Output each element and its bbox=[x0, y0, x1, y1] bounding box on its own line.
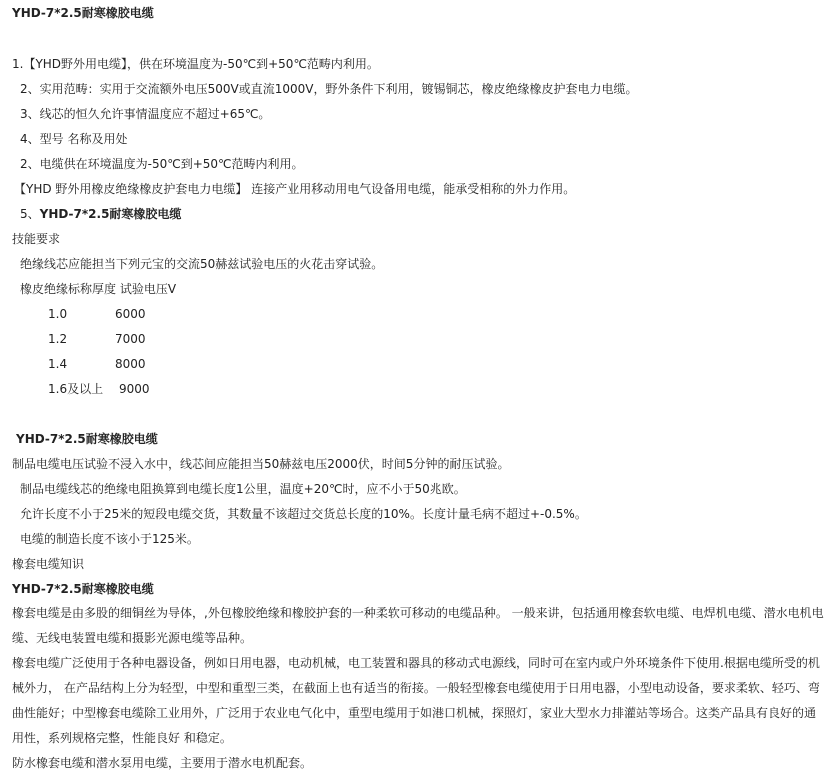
item-7-prefix: 5、 bbox=[20, 207, 40, 221]
item-line-6: 【YHD 野外用橡皮绝缘橡皮护套电力电缆】 连接产业用移动用电气设备用电缆，能承… bbox=[14, 181, 575, 197]
thickness-cell: 1.4 bbox=[48, 356, 67, 372]
voltage-table-header: 橡皮绝缘标称厚度 试验电压V bbox=[20, 281, 176, 297]
knowledge-paragraph-3: 防水橡套电缆和潜水泵用电缆，主要用于潜水电机配套。 bbox=[12, 751, 824, 776]
item-line-2: 2、实用范畴：实用于交流额外电压500V或直流1000V，野外条件下利用，镀锡铜… bbox=[20, 81, 638, 97]
voltage-cell: 6000 bbox=[115, 306, 146, 322]
section-2-line-2: 制品电缆线芯的绝缘电阻换算到电缆长度1公里，温度+20℃时，应不小于50兆欧。 bbox=[20, 481, 466, 497]
item-line-5: 2、电缆供在环境温度为-50℃到+50℃范畴内利用。 bbox=[20, 156, 304, 172]
knowledge-heading: 橡套电缆知识 bbox=[12, 556, 84, 572]
voltage-cell: 8000 bbox=[115, 356, 146, 372]
document-title: YHD-7*2.5耐寒橡胶电缆 bbox=[12, 5, 154, 21]
item-line-3: 3、线芯的恒久允许事情温度应不超过+65℃。 bbox=[20, 106, 270, 122]
voltage-cell: 7000 bbox=[115, 331, 146, 347]
thickness-cell: 1.2 bbox=[48, 331, 67, 347]
tech-requirements-heading: 技能要求 bbox=[12, 231, 60, 247]
item-line-7: 5、YHD-7*2.5耐寒橡胶电缆 bbox=[20, 206, 181, 222]
knowledge-paragraph-1: 橡套电缆是由多股的细铜丝为导体，,外包橡胶绝缘和橡胶护套的一种柔软可移动的电缆品… bbox=[12, 601, 824, 651]
thickness-cell: 1.0 bbox=[48, 306, 67, 322]
item-line-4: 4、型号 名称及用处 bbox=[20, 131, 127, 147]
thickness-cell: 1.6及以上 bbox=[48, 381, 103, 397]
knowledge-paragraph-2: 橡套电缆广泛使用于各种电器设备，例如日用电器，电动机械，电工装置和器具的移动式电… bbox=[12, 651, 824, 751]
section-2-line-4: 电缆的制造长度不该小于125米。 bbox=[20, 531, 199, 547]
section-2-title: YHD-7*2.5耐寒橡胶电缆 bbox=[16, 431, 158, 447]
tech-requirements-intro: 绝缘线芯应能担当下列元宝的交流50赫兹试验电压的火花击穿试验。 bbox=[20, 256, 383, 272]
item-7-title: YHD-7*2.5耐寒橡胶电缆 bbox=[40, 207, 182, 221]
knowledge-title: YHD-7*2.5耐寒橡胶电缆 bbox=[12, 581, 154, 597]
section-2-line-1: 制品电缆电压试验不浸入水中，线芯间应能担当50赫兹电压2000伏，时间5分钟的耐… bbox=[12, 456, 509, 472]
voltage-cell: 9000 bbox=[119, 381, 150, 397]
section-2-line-3: 允许长度不小于25米的短段电缆交货，其数量不该超过交货总长度的10%。长度计量毛… bbox=[20, 506, 587, 522]
item-line-1: 1.【YHD野外用电缆】，供在环境温度为-50℃到+50℃范畴内利用。 bbox=[12, 56, 379, 72]
